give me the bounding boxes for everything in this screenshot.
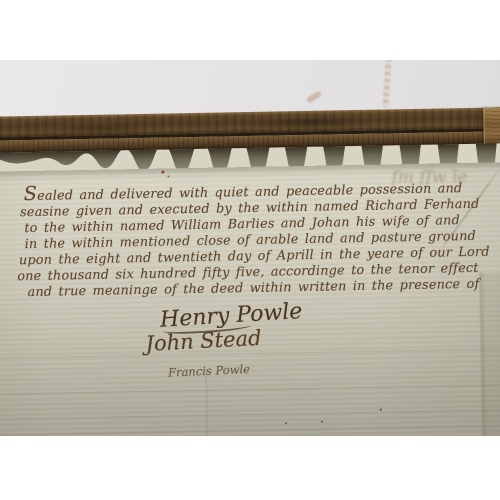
frame-end-grain xyxy=(483,107,500,144)
document-sheet: ſm ſſw īe Sealed and delivered with quie… xyxy=(0,143,500,436)
parchment-fold-line xyxy=(205,368,209,436)
framed-document-photo: ſm ſſw īe Sealed and delivered with quie… xyxy=(0,60,500,436)
manuscript-text: Sealed and delivered with quiet and peac… xyxy=(24,179,484,301)
wax-speck xyxy=(167,175,169,177)
letterbox-top xyxy=(0,0,500,60)
wax-speck xyxy=(161,171,164,174)
signature-francis-powle: Francis Powle xyxy=(168,362,250,380)
ink-speck xyxy=(285,422,287,424)
ink-speck xyxy=(380,409,382,411)
signature-john-stead: John Stead xyxy=(145,326,262,356)
parchment: ſm ſſw īe Sealed and delivered with quie… xyxy=(0,162,500,436)
frame-assembly: ſm ſſw īe Sealed and delivered with quie… xyxy=(0,60,500,436)
parchment-fold-line xyxy=(0,384,500,395)
letterbox-bottom xyxy=(0,436,500,500)
parchment-fold-line xyxy=(0,409,500,420)
ink-speck xyxy=(321,421,323,423)
parchment-fold-edge xyxy=(478,272,500,436)
parchment-fold-line xyxy=(0,425,500,436)
